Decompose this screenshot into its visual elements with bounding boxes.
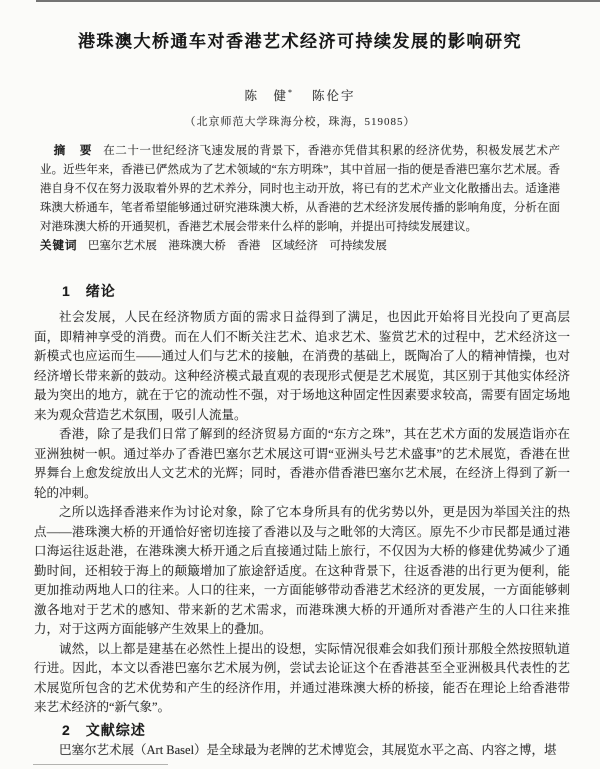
author-footnote-mark: * — [288, 88, 292, 97]
author-second: 陈伦宇 — [312, 89, 356, 103]
section-2-paragraph-1: 巴塞尔艺术展（Art Basel）是全球最为老牌的艺术博览会，其展览水平之高、内… — [34, 741, 570, 761]
abstract-text: 在二十一世纪经济飞速发展的背景下，香港亦凭借其积累的经济优势，积极发展艺术产业。… — [40, 145, 560, 233]
scanned-paper-page: 港珠澳大桥通车对香港艺术经济可持续发展的影响研究 陈 健*陈伦宇 （北京师范大学… — [0, 0, 600, 769]
section-1-paragraph-3: 之所以选择香港来作为讨论对象，除了它本身所具有的优劣势以外，更是因为举国关注的热… — [34, 503, 570, 640]
scan-artifact-line — [36, 0, 600, 2]
footnote-rule — [33, 764, 168, 765]
abstract-block: 摘 要在二十一世纪经济飞速发展的背景下，香港亦凭借其积累的经济优势，积极发展艺术… — [40, 142, 560, 237]
author-first: 陈 健 — [244, 89, 288, 103]
paper-title: 港珠澳大桥通车对香港艺术经济可持续发展的影响研究 — [0, 0, 600, 54]
authors-line: 陈 健*陈伦宇 — [0, 85, 600, 104]
abstract-label: 摘 要 — [54, 145, 93, 157]
section-1-paragraph-1: 社会发展，人民在经济物质方面的需求日益得到了满足，也因此开始将目光投向了更高层面… — [34, 308, 570, 425]
keywords-label: 关键词 — [40, 240, 78, 252]
section-1-heading: 1 绪论 — [34, 282, 570, 300]
section-1-paragraph-4: 诚然，以上都是建基在必然性上提出的设想，实际情况很难会如我们预计那般全然按照轨道… — [34, 640, 570, 718]
section-2-heading: 2 文献综述 — [34, 721, 570, 739]
keywords-list: 巴塞尔艺术展 港珠澳大桥 香港 区域经济 可持续发展 — [88, 240, 387, 252]
keywords-line: 关键词巴塞尔艺术展 港珠澳大桥 香港 区域经济 可持续发展 — [40, 237, 560, 256]
section-1-paragraph-2: 香港，除了是我们日常了解到的经济贸易方面的“东方之珠”，其在艺术方面的发展造诣亦… — [34, 425, 570, 503]
affiliation: （北京师范大学珠海分校，珠海，519085） — [0, 115, 600, 129]
